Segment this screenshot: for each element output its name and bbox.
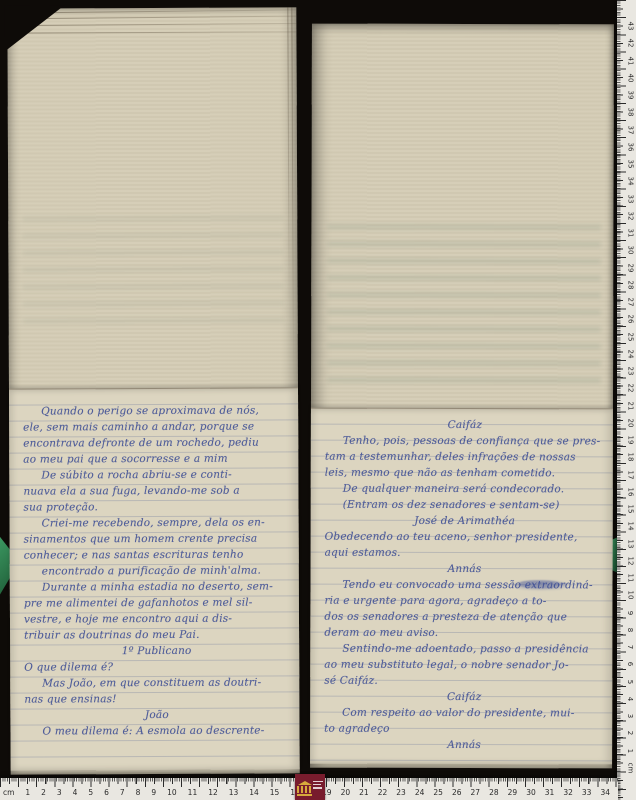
right-lined-sheet: CaifázTenho, pois, pessoas de confiança …: [310, 408, 613, 765]
ruler-number: 15: [270, 788, 280, 797]
handwriting-line: (Entram os dez senadores e sentam-se): [323, 497, 607, 514]
right-page: CaifázTenho, pois, pessoas de confiança …: [310, 24, 614, 769]
ink-correction-scribble: [518, 580, 560, 588]
ruler-number: 30: [526, 788, 536, 797]
ruler-number: 40: [626, 73, 634, 82]
ruler-number: 14: [249, 788, 259, 797]
handwriting-line: Durante a minha estadia no deserto, sem-: [22, 578, 291, 595]
handwriting-line: vestre, e hoje me encontro aqui a dis-: [22, 610, 291, 627]
ruler-number: 19: [626, 436, 634, 445]
ruler-number: 29: [626, 263, 634, 272]
handwriting-line: Tendo eu convocado uma sessão extraordin…: [322, 577, 606, 594]
ruler-number: 3: [626, 714, 634, 718]
ruler-number: 37: [626, 125, 634, 134]
handwriting-line: tam a testemunhar, deles infrações de no…: [323, 449, 607, 466]
ruler-number: 33: [582, 788, 592, 797]
handwriting-line: nas que ensinas!: [22, 690, 291, 707]
handwriting-line: conhecer; e nas santas escrituras tenho: [22, 546, 291, 563]
ruler-number: 39: [626, 91, 634, 100]
ruler-number: 38: [626, 108, 634, 117]
bottom-ruler-numbers-left: cm12345678910111213141516: [3, 788, 300, 797]
handwriting-line: Criei-me recebendo, sempre, dela os en-: [22, 514, 291, 531]
ruler-number: 24: [626, 349, 634, 358]
handwriting-line: Caifáz: [322, 689, 606, 706]
ruler-number: 7: [626, 645, 634, 649]
handwriting-line: Caifáz: [323, 417, 607, 434]
vertical-ruler: 4342414039383736353433323130292827262524…: [617, 0, 636, 800]
handwriting-line: Obedecendo ao teu aceno, senhor presiden…: [323, 529, 607, 546]
handwriting-line: sé Caifáz.: [322, 673, 606, 690]
ruler-number: 22: [626, 384, 634, 393]
handwriting-line: encontrado a purificação de minh'alma.: [22, 562, 291, 579]
ruler-number: 10: [167, 788, 177, 797]
handwriting-line: Mas João, em que constituem as doutri-: [22, 674, 291, 691]
ruler-number: 18: [626, 453, 634, 462]
right-page-text: CaifázTenho, pois, pessoas de confiança …: [310, 409, 613, 754]
ruler-number: 4: [626, 697, 634, 701]
ruler-number: 34: [600, 788, 610, 797]
ruler-number: 17: [626, 470, 634, 479]
logo-text-lines: [313, 779, 323, 790]
ruler-number: 3: [57, 788, 62, 797]
building-columns-icon: [297, 781, 312, 796]
ruler-number: 43: [626, 22, 634, 31]
ruler-number: 42: [626, 39, 634, 48]
handwriting-line: leis, mesmo que não as tenham cometido.: [323, 465, 607, 482]
ruler-number: 21: [359, 788, 369, 797]
handwriting-line: 1º Publicano: [22, 642, 291, 659]
ruler-number: 2: [41, 788, 46, 797]
scan-stage: Quando o perigo se aproximava de nós,ele…: [0, 0, 636, 800]
handwriting-line: O que dilema é?: [22, 658, 291, 675]
handwriting-line: De súbito a rocha abriu-se e conti-: [21, 466, 290, 483]
page-edge-line: [291, 7, 294, 379]
ink-bleedthrough: [327, 224, 601, 390]
handwriting-line: ele, sem mais caminho a andar, porque se: [21, 418, 290, 435]
ruler-number: 32: [626, 211, 634, 220]
handwriting-line: sua proteção.: [21, 498, 290, 515]
ruler-number: 15: [626, 505, 634, 514]
ruler-number: 13: [229, 788, 239, 797]
handwriting-line: nuava ela a sua fuga, levando-me sob a: [21, 482, 290, 499]
ruler-number: 10: [626, 591, 634, 600]
ruler-number: 27: [626, 298, 634, 307]
ruler-number: 25: [626, 332, 634, 341]
ruler-number: 8: [626, 628, 634, 632]
ruler-number: 21: [626, 401, 634, 410]
handwriting-line: encontrava defronte de um rochedo, pediu: [21, 434, 290, 451]
handwriting-line: Tenho, pois, pessoas de confiança que se…: [323, 433, 607, 450]
ruler-number: 12: [626, 556, 634, 565]
building-columns: [297, 786, 312, 793]
handwriting-line: ao meu pai que a socorresse e a mim: [21, 450, 290, 467]
ruler-number: 33: [626, 194, 634, 203]
building-roof: [298, 781, 312, 785]
handwriting-line: João: [22, 706, 291, 723]
page-edge-line: [287, 7, 289, 307]
left-page: Quando o perigo se aproximava de nós,ele…: [7, 7, 299, 774]
building-base: [297, 794, 312, 796]
ruler-number: cm: [626, 762, 634, 773]
ruler-number: 23: [396, 788, 406, 797]
ruler-number: 2: [626, 731, 634, 735]
ruler-number: 25: [433, 788, 443, 797]
ruler-number: 6: [626, 662, 634, 666]
left-page-text: Quando o perigo se aproximava de nós,ele…: [9, 388, 300, 739]
ruler-number: 6: [104, 788, 109, 797]
archive-logo: [295, 774, 325, 800]
handwriting-line: ria e urgente para agora, agradeço a to-: [322, 593, 606, 610]
handwriting-line: Quando o perigo se aproximava de nós,: [21, 402, 290, 419]
handwriting-line: tribuir as doutrinas do meu Pai.: [22, 626, 291, 643]
ruler-number: 27: [471, 788, 481, 797]
left-lined-sheet: Quando o perigo se aproximava de nós,ele…: [9, 387, 300, 770]
ruler-number: 11: [626, 574, 634, 583]
handwriting-line: to agradeço: [322, 721, 606, 738]
ruler-number: 31: [545, 788, 555, 797]
ruler-number: 34: [626, 177, 634, 186]
handwriting-line: pre me alimentei de gafanhotos e mel sil…: [22, 594, 291, 611]
handwriting-line: aqui estamos.: [323, 545, 607, 562]
handwriting-line: O meu dilema é: A esmola ao descrente-: [22, 722, 291, 739]
ruler-number: 11: [188, 788, 198, 797]
ruler-number: 28: [626, 280, 634, 289]
ruler-number: 23: [626, 367, 634, 376]
ruler-number: 14: [626, 522, 634, 531]
handwriting-line: deram ao meu aviso.: [322, 625, 606, 642]
handwriting-line: Annás: [322, 737, 606, 754]
handwriting-line: Com respeito ao valor do presidente, mui…: [322, 705, 606, 722]
handwriting-line: Sentindo-me adoentado, passo a presidênc…: [322, 641, 606, 658]
ruler-number: 36: [626, 142, 634, 151]
ruler-number: 5: [88, 788, 93, 797]
ruler-number: cm: [3, 788, 14, 797]
handwriting-line: sinamentos que um homem crente precisa: [22, 530, 291, 547]
ruler-number: 16: [626, 487, 634, 496]
handwriting-line: dos os senadores a presteza de atenção q…: [322, 609, 606, 626]
ruler-number: 20: [626, 418, 634, 427]
ruler-number: 9: [626, 610, 634, 614]
ruler-number: 35: [626, 160, 634, 169]
ruler-number: 26: [626, 315, 634, 324]
ruler-number: 8: [136, 788, 141, 797]
handwriting-line: Annás: [323, 561, 607, 578]
ruler-number: 28: [489, 788, 499, 797]
handwriting-line: De qualquer maneira será condecorado.: [323, 481, 607, 498]
ruler-number: 30: [626, 246, 634, 255]
ruler-number: 7: [120, 788, 125, 797]
ruler-number: 22: [378, 788, 388, 797]
ink-bleedthrough: [22, 215, 284, 334]
handwriting-line: ao meu substituto legal, o nobre senador…: [322, 657, 606, 674]
bottom-ruler-numbers-right: 19202122232425262728293031323334: [322, 788, 610, 797]
ruler-number: 1: [626, 748, 634, 752]
ruler-number: 31: [626, 229, 634, 238]
ruler-number: 9: [151, 788, 156, 797]
ruler-number: 20: [341, 788, 351, 797]
ruler-number: 24: [415, 788, 425, 797]
ruler-number: 5: [626, 679, 634, 683]
handwriting-line: José de Arimathéa: [323, 513, 607, 530]
ruler-number: 1: [25, 788, 30, 797]
ruler-number: 29: [508, 788, 518, 797]
ruler-number: 4: [73, 788, 78, 797]
ruler-number: 26: [452, 788, 462, 797]
ruler-number: 12: [208, 788, 218, 797]
ruler-number: 32: [563, 788, 573, 797]
ruler-number: 13: [626, 539, 634, 548]
vertical-ruler-numbers: 4342414039383736353433323130292827262524…: [624, 22, 636, 772]
ruler-number: 41: [626, 56, 634, 65]
